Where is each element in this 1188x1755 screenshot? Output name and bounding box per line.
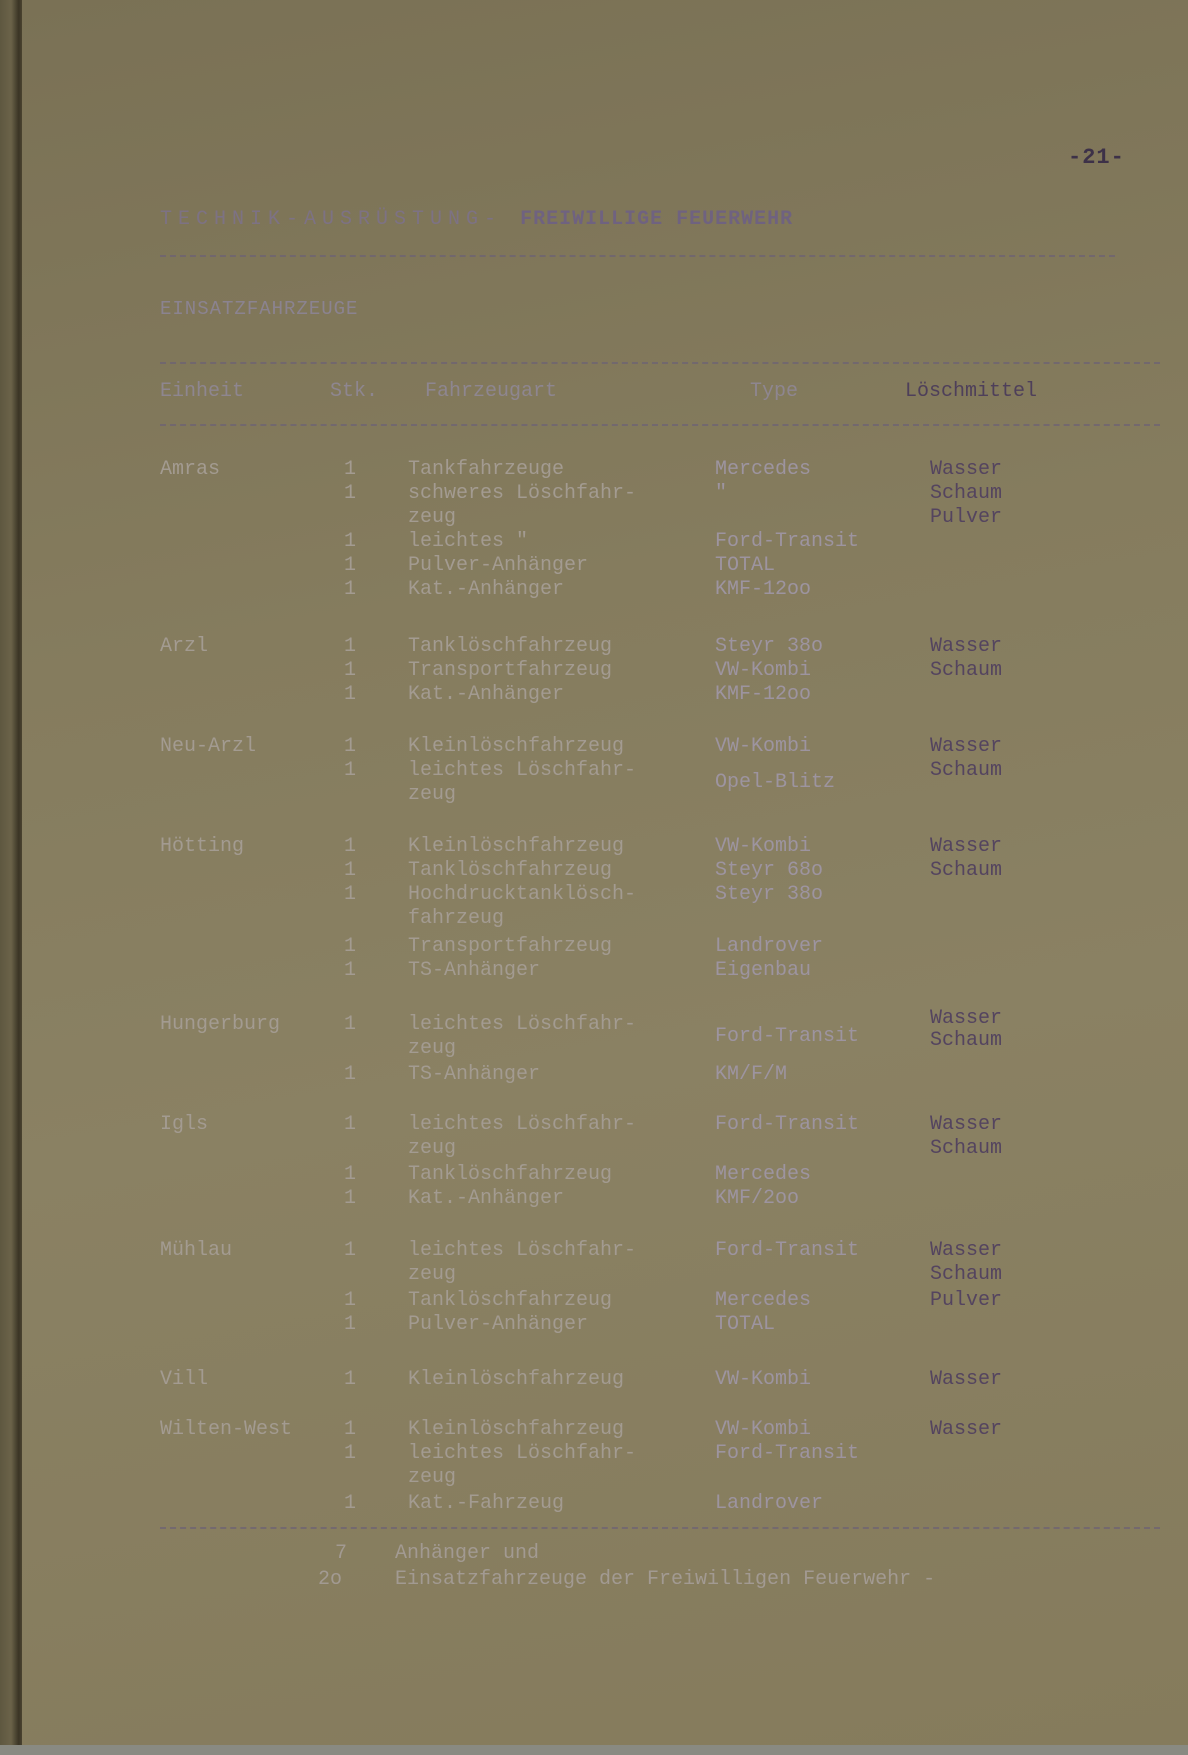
- row-qty: 1: [344, 1013, 356, 1037]
- row-vehicle-type: Landrover: [715, 1492, 823, 1516]
- column-header-type: Type: [750, 380, 798, 403]
- row-vehicle-type: Mercedes: [715, 1163, 811, 1187]
- row-unit: Vill: [160, 1368, 208, 1392]
- row-qty: 1: [344, 1163, 356, 1187]
- row-vehicle-type: KMF-12oo: [715, 683, 811, 707]
- row-vehicle-kind: zeug: [408, 1037, 456, 1061]
- row-vehicle-type: KM/F/M: [715, 1063, 787, 1087]
- total-vehicles-qty: 2o: [318, 1568, 342, 1591]
- row-vehicle-kind: Tanklöschfahrzeug: [408, 859, 612, 883]
- row-qty: 1: [344, 1063, 356, 1087]
- row-extinguishing-agent: Schaum: [930, 1137, 1002, 1161]
- row-vehicle-kind: zeug: [408, 783, 456, 807]
- title-part-2: FREIWILLIGE FEUERWEHR: [520, 208, 793, 231]
- row-extinguishing-agent: Schaum: [930, 659, 1002, 683]
- row-vehicle-kind: Kleinlöschfahrzeug: [408, 835, 624, 859]
- row-unit: Hungerburg: [160, 1013, 280, 1037]
- row-vehicle-kind: Kat.-Anhänger: [408, 1187, 564, 1211]
- row-vehicle-type: VW-Kombi: [715, 735, 811, 759]
- row-vehicle-kind: Kat.-Anhänger: [408, 578, 564, 602]
- row-qty: 1: [344, 1492, 356, 1516]
- column-header-unit: Einheit: [160, 380, 244, 403]
- row-vehicle-type: Ford-Transit: [715, 1442, 859, 1466]
- row-extinguishing-agent: Wasser: [930, 1239, 1002, 1263]
- column-header-agent: Löschmittel: [905, 380, 1037, 403]
- row-vehicle-kind: leichtes ": [408, 530, 528, 554]
- row-extinguishing-agent: Pulver: [930, 506, 1002, 530]
- table-top-rule: [160, 362, 1160, 364]
- row-vehicle-kind: Kleinlöschfahrzeug: [408, 1418, 624, 1442]
- row-unit: Amras: [160, 458, 220, 482]
- row-qty: 1: [344, 1113, 356, 1137]
- row-vehicle-type: Eigenbau: [715, 959, 811, 983]
- row-qty: 1: [344, 530, 356, 554]
- scanner-bed-edge: [0, 1745, 1188, 1755]
- title-underline: [160, 255, 1115, 257]
- row-vehicle-kind: Kleinlöschfahrzeug: [408, 1368, 624, 1392]
- row-extinguishing-agent: Wasser: [930, 835, 1002, 859]
- row-vehicle-type: KMF/2oo: [715, 1187, 799, 1211]
- row-vehicle-type: Steyr 68o: [715, 859, 823, 883]
- row-unit: Wilten-West: [160, 1418, 292, 1442]
- row-vehicle-type: VW-Kombi: [715, 1418, 811, 1442]
- title-part-1: TECHNIK-AUSRÜSTUNG-: [160, 208, 502, 231]
- table-bottom-rule: [160, 1527, 1160, 1529]
- row-vehicle-type: ": [715, 482, 727, 506]
- row-vehicle-kind: leichtes Löschfahr-: [408, 759, 636, 783]
- page-number: -21-: [1068, 145, 1125, 170]
- row-vehicle-type: TOTAL: [715, 554, 775, 578]
- row-unit: Arzl: [160, 635, 208, 659]
- row-vehicle-type: VW-Kombi: [715, 835, 811, 859]
- table-header-rule: [160, 424, 1160, 426]
- row-vehicle-kind: Tankfahrzeuge: [408, 458, 564, 482]
- row-qty: 1: [344, 1239, 356, 1263]
- row-qty: 1: [344, 959, 356, 983]
- row-extinguishing-agent: Pulver: [930, 1289, 1002, 1313]
- row-extinguishing-agent: Schaum: [930, 759, 1002, 783]
- row-qty: 1: [344, 1187, 356, 1211]
- row-qty: 1: [344, 482, 356, 506]
- row-vehicle-kind: leichtes Löschfahr-: [408, 1442, 636, 1466]
- row-qty: 1: [344, 683, 356, 707]
- row-vehicle-kind: Tanklöschfahrzeug: [408, 635, 612, 659]
- document-title: TECHNIK-AUSRÜSTUNG- FREIWILLIGE FEUERWEH…: [160, 208, 793, 231]
- row-vehicle-kind: Pulver-Anhänger: [408, 1313, 588, 1337]
- row-vehicle-type: VW-Kombi: [715, 1368, 811, 1392]
- row-qty: 1: [344, 859, 356, 883]
- row-unit: Hötting: [160, 835, 244, 859]
- row-vehicle-kind: Kleinlöschfahrzeug: [408, 735, 624, 759]
- row-vehicle-type: Ford-Transit: [715, 530, 859, 554]
- row-extinguishing-agent: Wasser: [930, 1418, 1002, 1442]
- row-extinguishing-agent: Wasser: [930, 635, 1002, 659]
- row-vehicle-type: Mercedes: [715, 458, 811, 482]
- row-unit: Igls: [160, 1113, 208, 1137]
- row-vehicle-kind: leichtes Löschfahr-: [408, 1013, 636, 1037]
- row-vehicle-type: Ford-Transit: [715, 1113, 859, 1137]
- row-vehicle-kind: zeug: [408, 1466, 456, 1490]
- row-vehicle-type: Steyr 38o: [715, 883, 823, 907]
- row-vehicle-kind: Transportfahrzeug: [408, 935, 612, 959]
- row-extinguishing-agent: Schaum: [930, 482, 1002, 506]
- row-vehicle-type: Landrover: [715, 935, 823, 959]
- row-vehicle-kind: Kat.-Anhänger: [408, 683, 564, 707]
- row-vehicle-type: Opel-Blitz: [715, 771, 835, 795]
- column-header-qty: Stk.: [330, 380, 378, 403]
- row-vehicle-type: Ford-Transit: [715, 1025, 859, 1049]
- row-unit: Mühlau: [160, 1239, 232, 1263]
- row-vehicle-type: Ford-Transit: [715, 1239, 859, 1263]
- row-vehicle-type: TOTAL: [715, 1313, 775, 1337]
- row-vehicle-kind: Hochdrucktanklösch-: [408, 883, 636, 907]
- row-qty: 1: [344, 635, 356, 659]
- row-vehicle-type: KMF-12oo: [715, 578, 811, 602]
- row-vehicle-kind: leichtes Löschfahr-: [408, 1113, 636, 1137]
- row-vehicle-kind: fahrzeug: [408, 907, 504, 931]
- row-vehicle-type: VW-Kombi: [715, 659, 811, 683]
- row-qty: 1: [344, 458, 356, 482]
- column-header-kind: Fahrzeugart: [425, 380, 557, 403]
- row-qty: 1: [344, 1289, 356, 1313]
- row-qty: 1: [344, 1418, 356, 1442]
- row-qty: 1: [344, 935, 356, 959]
- row-vehicle-kind: Tanklöschfahrzeug: [408, 1289, 612, 1313]
- section-heading: EINSATZFAHRZEUGE: [160, 298, 358, 320]
- row-qty: 1: [344, 735, 356, 759]
- binding-shadow: [0, 0, 22, 1755]
- row-extinguishing-agent: Wasser: [930, 735, 1002, 759]
- row-vehicle-kind: Tanklöschfahrzeug: [408, 1163, 612, 1187]
- total-vehicles-label: Einsatzfahrzeuge der Freiwilligen Feuerw…: [395, 1568, 935, 1591]
- row-qty: 1: [344, 759, 356, 783]
- row-vehicle-kind: Kat.-Fahrzeug: [408, 1492, 564, 1516]
- row-vehicle-kind: zeug: [408, 506, 456, 530]
- row-qty: 1: [344, 578, 356, 602]
- row-vehicle-kind: leichtes Löschfahr-: [408, 1239, 636, 1263]
- total-trailers-label: Anhänger und: [395, 1542, 539, 1565]
- total-trailers-qty: 7: [335, 1542, 347, 1565]
- row-vehicle-kind: schweres Löschfahr-: [408, 482, 636, 506]
- row-unit: Neu-Arzl: [160, 735, 256, 759]
- row-qty: 1: [344, 554, 356, 578]
- row-qty: 1: [344, 1313, 356, 1337]
- row-vehicle-kind: TS-Anhänger: [408, 959, 540, 983]
- row-vehicle-kind: zeug: [408, 1137, 456, 1161]
- row-vehicle-type: Mercedes: [715, 1289, 811, 1313]
- row-qty: 1: [344, 1368, 356, 1392]
- row-vehicle-kind: Transportfahrzeug: [408, 659, 612, 683]
- row-extinguishing-agent: Wasser: [930, 458, 1002, 482]
- row-vehicle-kind: TS-Anhänger: [408, 1063, 540, 1087]
- row-qty: 1: [344, 883, 356, 907]
- row-extinguishing-agent: Wasser: [930, 1368, 1002, 1392]
- row-extinguishing-agent: Wasser: [930, 1113, 1002, 1137]
- row-qty: 1: [344, 1442, 356, 1466]
- row-qty: 1: [344, 835, 356, 859]
- row-qty: 1: [344, 659, 356, 683]
- row-vehicle-kind: Pulver-Anhänger: [408, 554, 588, 578]
- row-vehicle-kind: zeug: [408, 1263, 456, 1287]
- row-extinguishing-agent: Schaum: [930, 1263, 1002, 1287]
- row-extinguishing-agent: Wasser: [930, 1007, 1002, 1031]
- row-vehicle-type: Steyr 38o: [715, 635, 823, 659]
- row-extinguishing-agent: Schaum: [930, 859, 1002, 883]
- row-extinguishing-agent: Schaum: [930, 1029, 1002, 1053]
